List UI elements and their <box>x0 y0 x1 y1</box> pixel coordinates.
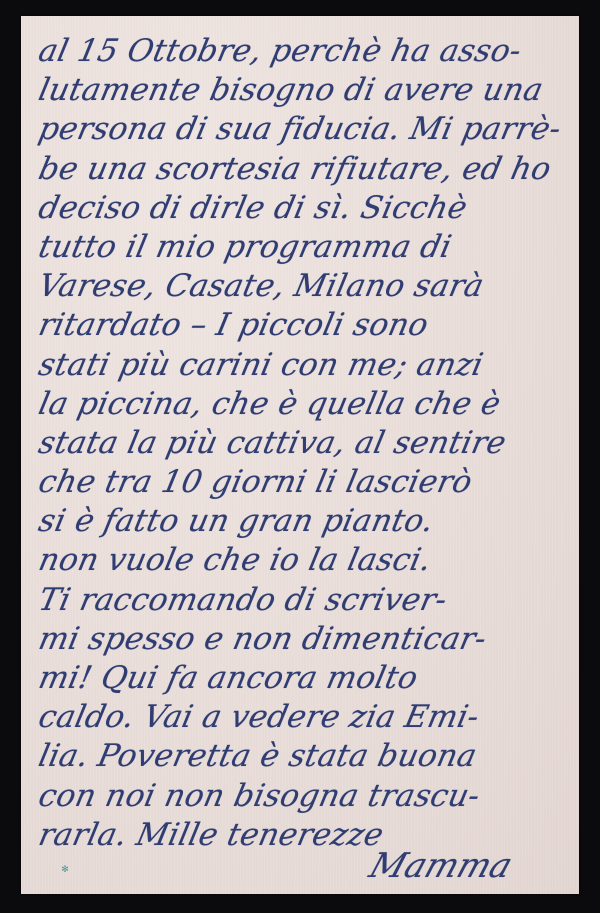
text-line-16: mi spesso e non dimenticar- <box>35 620 583 659</box>
text-line-17: mi! Qui fa ancora molto <box>35 659 583 698</box>
text-line-18: caldo. Vai a vedere zia Emi- <box>35 698 583 737</box>
text-line-10: la piccina, che è quella che è <box>35 385 583 424</box>
text-line-7: Varese, Casate, Milano sarà <box>35 267 583 306</box>
text-line-8: ritardato – I piccoli sono <box>35 306 583 345</box>
text-line-3: persona di sua fiducia. Mi parrè- <box>35 110 583 149</box>
signature: Mamma <box>365 846 518 886</box>
text-line-15: Ti raccomando di scriver- <box>35 581 583 620</box>
text-line-4: be una scortesia rifiutare, ed ho <box>35 150 583 189</box>
text-line-2: lutamente bisogno di avere una <box>35 71 583 110</box>
text-line-19: lia. Poveretta è stata buona <box>35 737 583 776</box>
collector-stamp-icon: ✻ <box>54 866 76 888</box>
text-line-20: con noi non bisogna trascu- <box>35 777 583 816</box>
text-line-6: tutto il mio programma di <box>35 228 583 267</box>
text-line-1: al 15 Ottobre, perchè ha asso- <box>35 32 583 71</box>
text-line-5: deciso di dirle di sì. Sicchè <box>35 189 583 228</box>
scan-background: al 15 Ottobre, perchè ha asso- lutamente… <box>0 0 600 913</box>
text-line-14: non vuole che io la lasci. <box>35 541 583 580</box>
text-line-11: stata la più cattiva, al sentire <box>35 424 583 463</box>
text-line-13: si è fatto un gran pianto. <box>35 502 583 541</box>
text-line-12: che tra 10 giorni li lascierò <box>35 463 583 502</box>
text-line-9: stati più carini con me; anzi <box>35 346 583 385</box>
postcard: al 15 Ottobre, perchè ha asso- lutamente… <box>21 16 579 894</box>
handwritten-text: al 15 Ottobre, perchè ha asso- lutamente… <box>35 32 575 855</box>
